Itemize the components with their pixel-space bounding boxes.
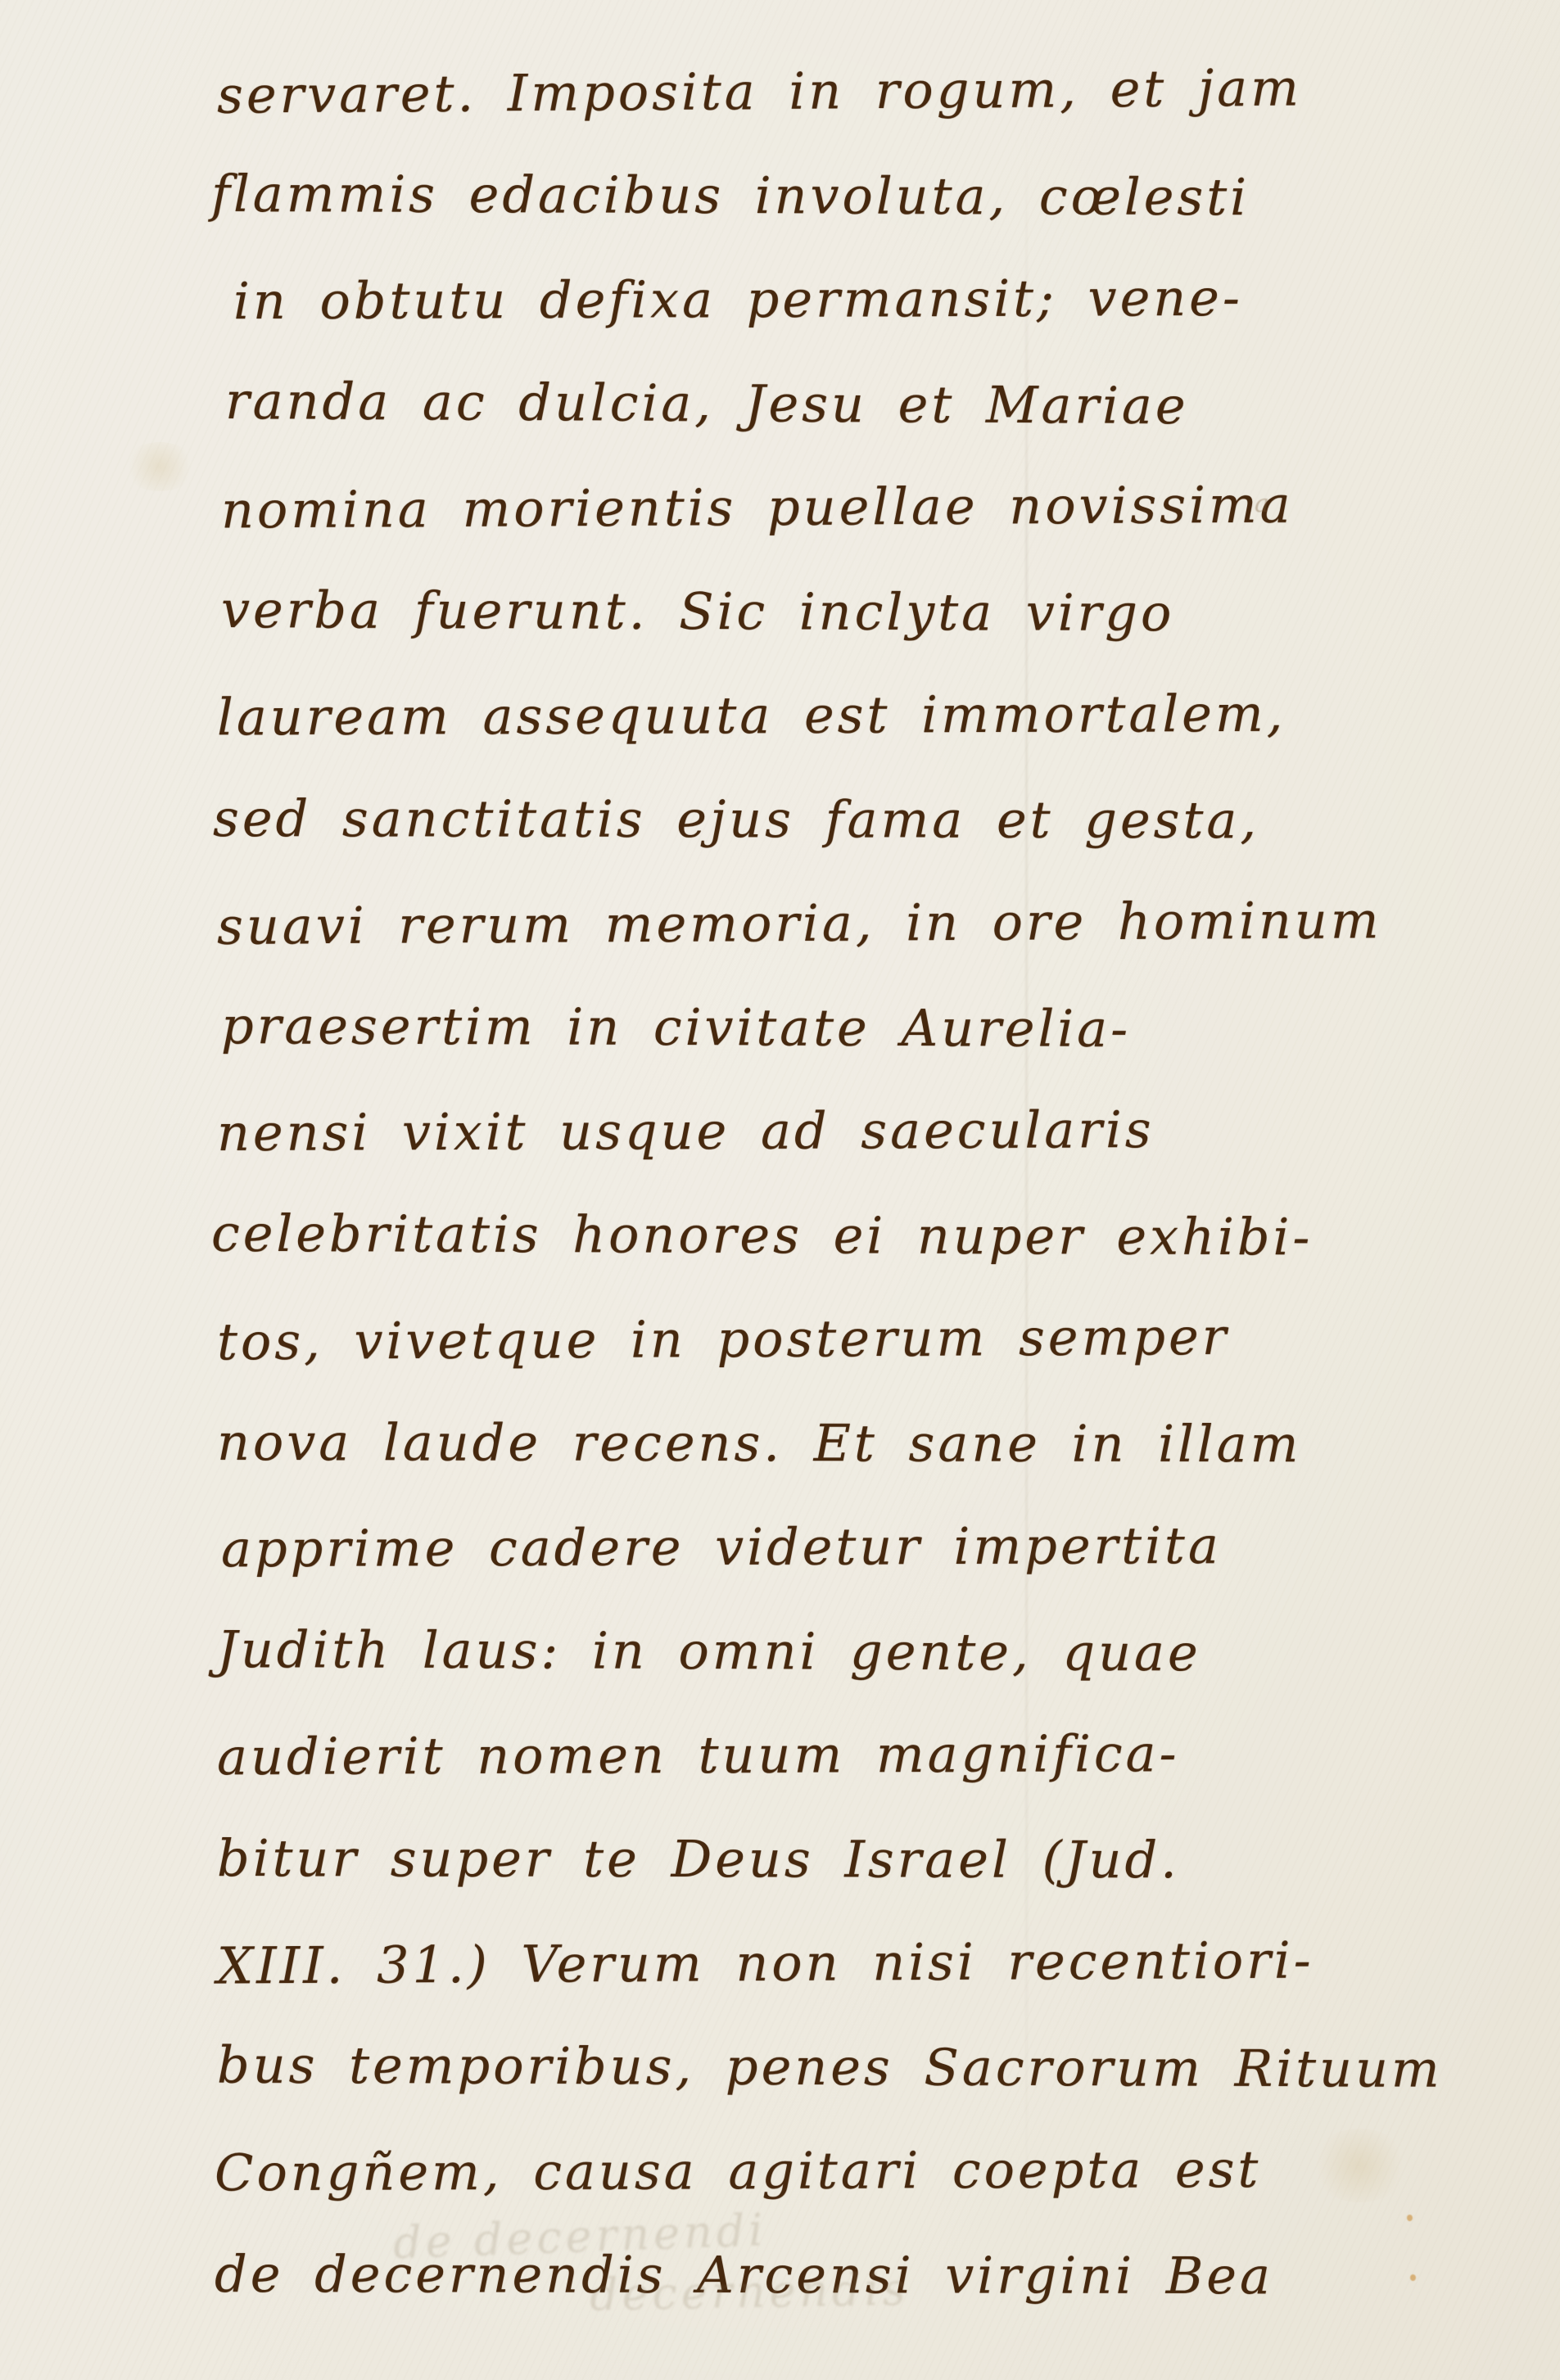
- manuscript-line: bitur super te Deus Israel (Jud.: [217, 1828, 1180, 1890]
- manuscript-line: in obtutu defixa permansit; vene-: [233, 268, 1243, 331]
- manuscript-line: suavi rerum memoria, in ore hominum: [217, 890, 1382, 955]
- foxing-speck: [359, 287, 363, 291]
- manuscript-line: bus temporibus, penes Sacrorum Rituum: [217, 2035, 1443, 2098]
- manuscript-line: lauream assequuta est immortalem,: [217, 684, 1286, 747]
- manuscript-line: audierit nomen tuum magnifica-: [217, 1723, 1180, 1786]
- paper-stain: [1310, 2129, 1409, 2202]
- manuscript-line: nova laude recens. Et sane in illam: [217, 1412, 1302, 1474]
- manuscript-line: servaret. Imposita in rogum, et jam: [217, 57, 1302, 124]
- foxing-speck: [1410, 2274, 1416, 2281]
- manuscript-line: Judith laus: in omni gente, quae: [217, 1619, 1201, 1682]
- manuscript-line: XIII. 31.) Verum non nisi recentiori-: [217, 1930, 1314, 1995]
- manuscript-line: flammis edacibus involuta, cœlesti: [211, 164, 1250, 227]
- foxing-speck: [1407, 2215, 1413, 2221]
- manuscript-page: servaret. Imposita in rogum, et jam flam…: [0, 0, 1560, 2380]
- manuscript-line: tos, vivetque in posterum semper: [217, 1307, 1230, 1371]
- paper-stain: [123, 442, 197, 491]
- manuscript-line: praesertim in civitate Aurelia-: [221, 996, 1131, 1059]
- ghost-show-through-text: decernendis: [589, 2264, 910, 2321]
- manuscript-line: nensi vixit usque ad saecularis: [217, 1100, 1155, 1163]
- manuscript-line: sed sanctitatis ejus fama et gesta,: [213, 788, 1259, 850]
- manuscript-line: nomina morientis puellae novissima: [221, 475, 1294, 540]
- manuscript-line: verba fuerunt. Sic inclyta virgo: [221, 580, 1175, 643]
- manuscript-line: apprime cadere videtur impertita: [221, 1515, 1222, 1578]
- paper-texture: [0, 0, 1560, 2380]
- manuscript-line: Congñem, causa agitari coepta est: [215, 2139, 1262, 2202]
- manuscript-line: randa ac dulcia, Jesu et Mariae: [225, 371, 1189, 436]
- manuscript-line: celebritatis honores ei nuper exhibi-: [211, 1204, 1314, 1267]
- stray-ink-mark: a: [1255, 490, 1269, 518]
